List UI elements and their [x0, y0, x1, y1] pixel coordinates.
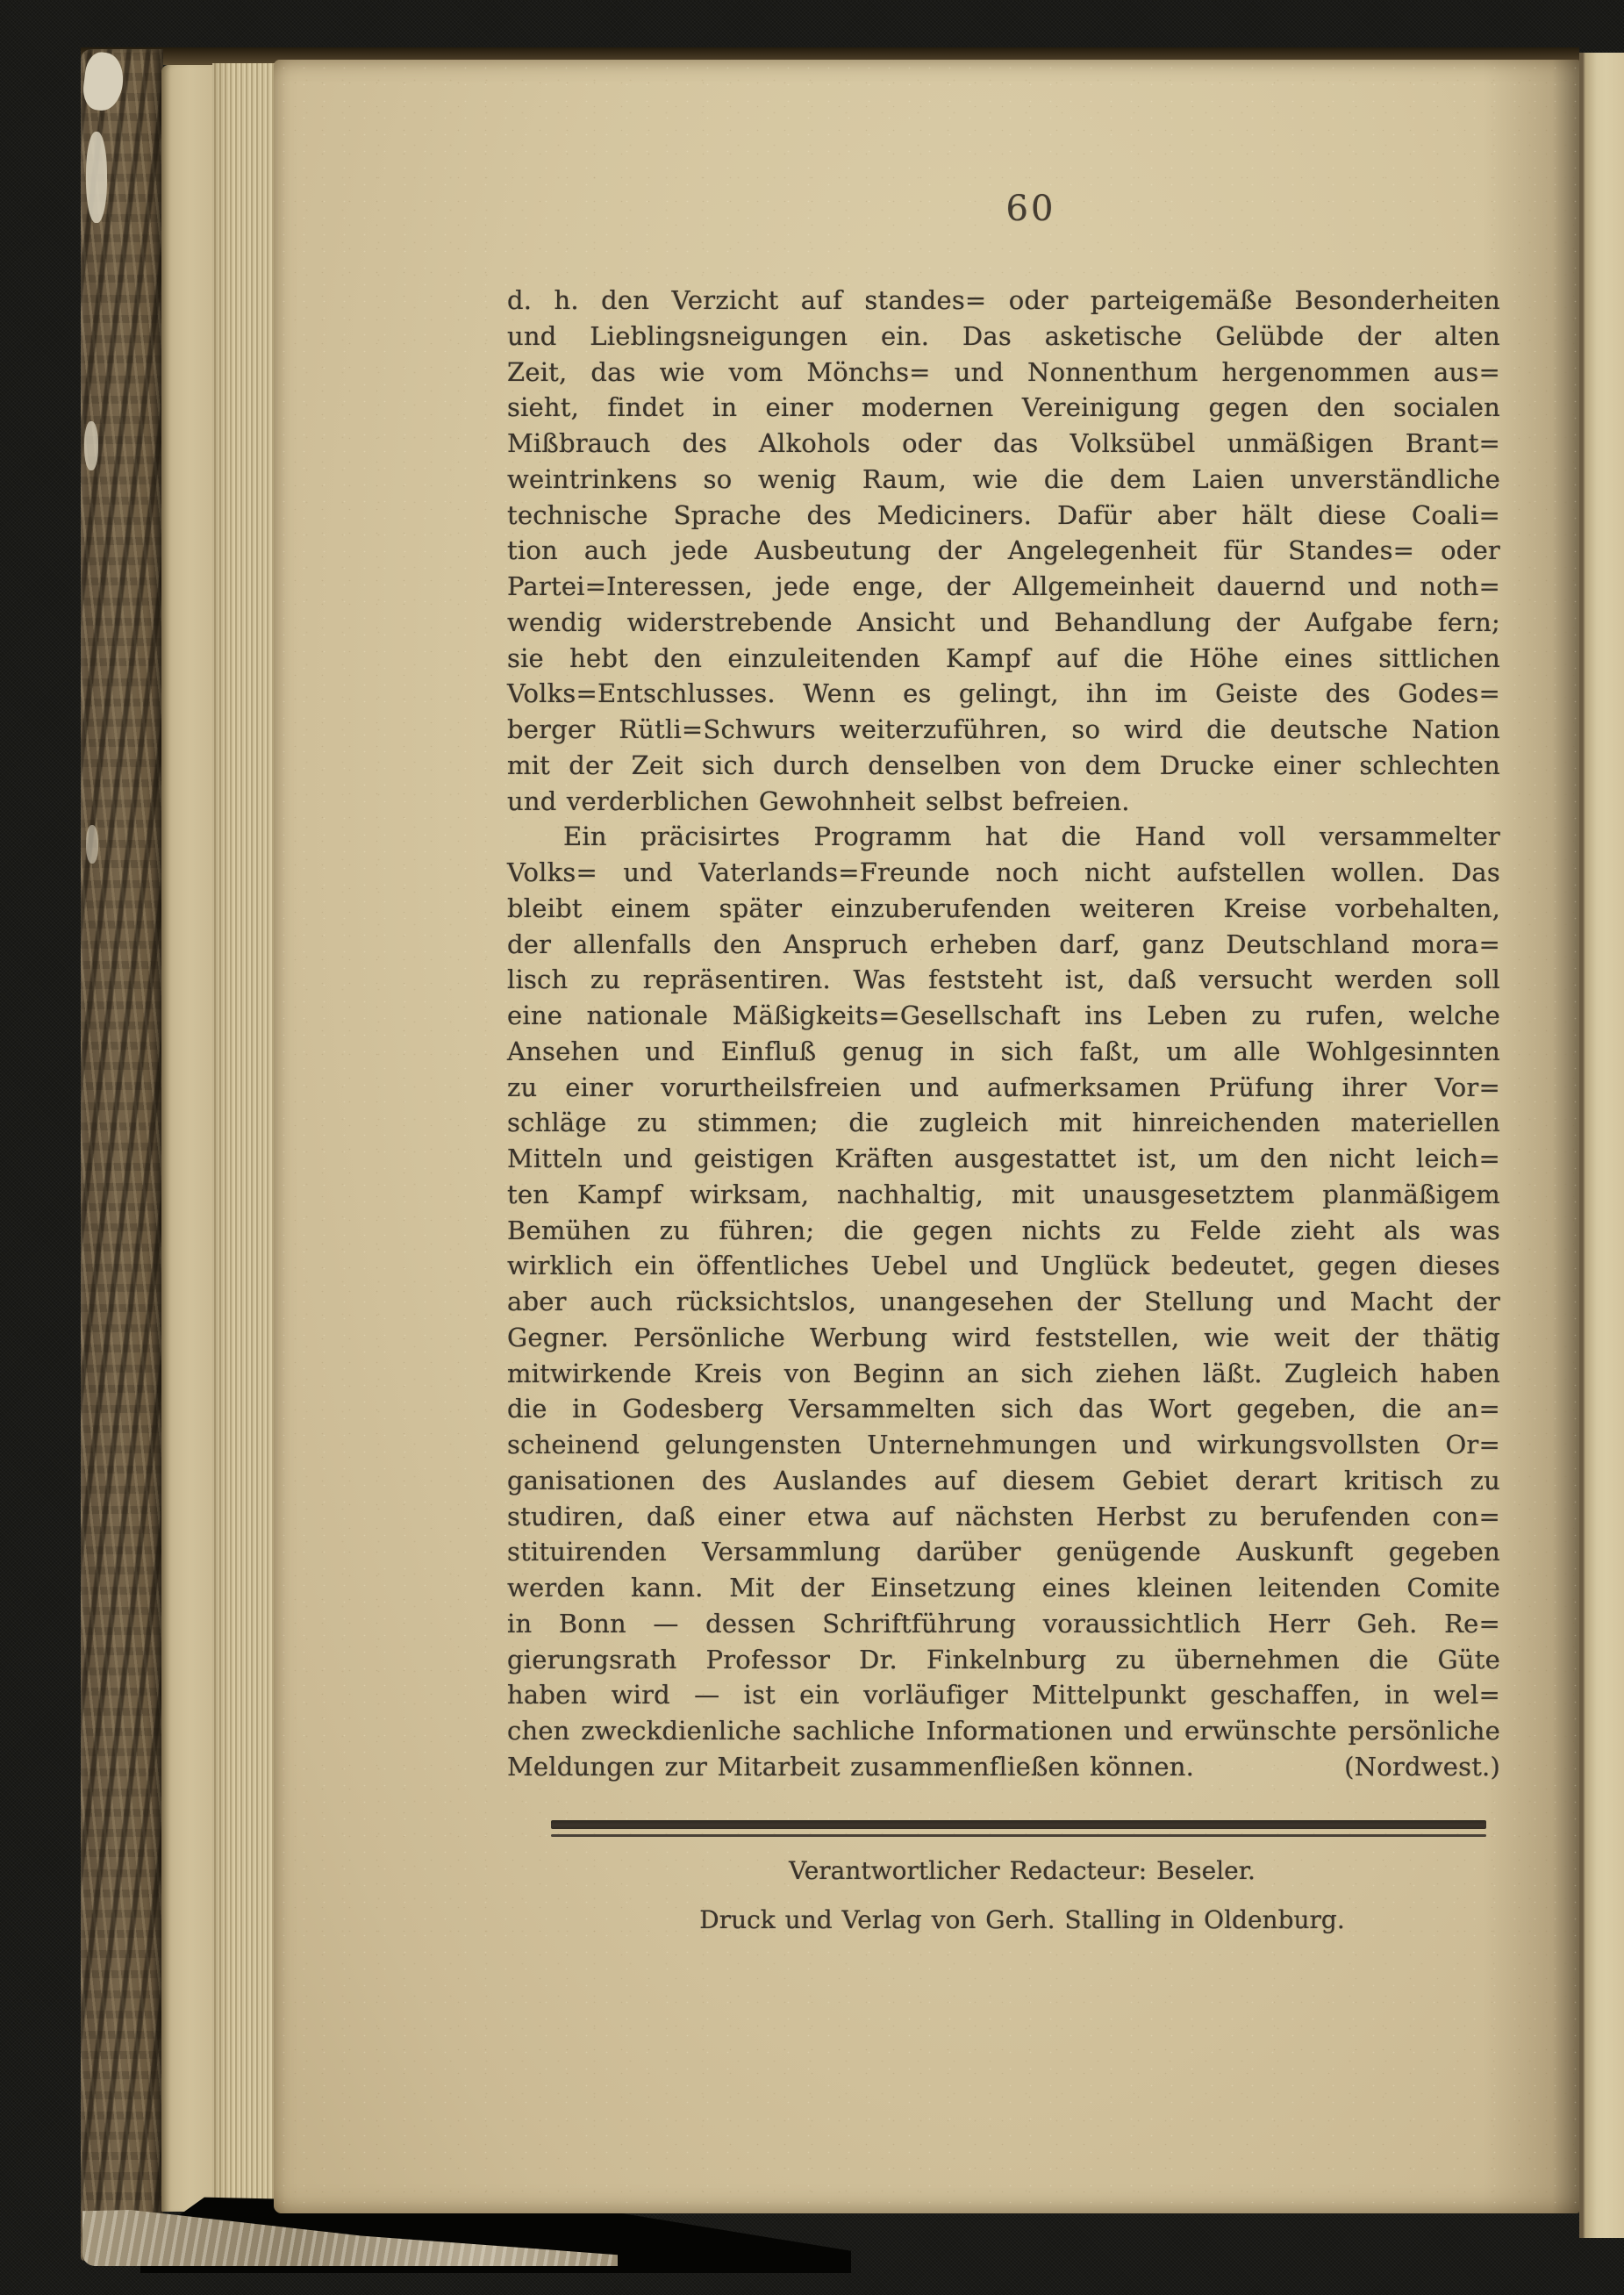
- text-line: weintrinkens so wenig Raum, wie die dem …: [507, 462, 1500, 498]
- text-line: Meldungen zur Mitarbeit zusammenfließen …: [507, 1749, 1500, 1785]
- text-line: eine nationale Mäßigkeits=Gesellschaft i…: [507, 998, 1500, 1034]
- cover-torn-patch: [86, 132, 107, 223]
- text-line: in Bonn — dessen Schriftführung voraussi…: [507, 1606, 1500, 1642]
- text-line: studiren, daß einer etwa auf nächsten He…: [507, 1499, 1500, 1535]
- text-line: Ein präcisirtes Programm hat die Hand vo…: [507, 819, 1500, 855]
- closing-sentence: Meldungen zur Mitarbeit zusammenfließen …: [507, 1749, 1194, 1785]
- footer-rule-thick-bar: [551, 1820, 1486, 1829]
- text-line: wirklich ein öffentliches Uebel und Ungl…: [507, 1248, 1500, 1284]
- text-line: ganisationen des Auslandes auf diesem Ge…: [507, 1463, 1500, 1499]
- text-line: der allenfalls den Anspruch erheben darf…: [507, 927, 1500, 963]
- facing-page-sliver: [1579, 53, 1624, 2238]
- text-line: sieht, findet in einer modernen Vereinig…: [507, 390, 1500, 426]
- cover-torn-patch: [84, 421, 98, 470]
- page-number: 60: [978, 190, 1084, 228]
- paragraph: Ein präcisirtes Programm hat die Hand vo…: [507, 819, 1500, 1784]
- text-line: wendig widerstrebende Ansicht und Behand…: [507, 605, 1500, 641]
- text-line: bleibt einem später einzuberufenden weit…: [507, 891, 1500, 927]
- text-line: werden kann. Mit der Einsetzung eines kl…: [507, 1570, 1500, 1606]
- text-line: technische Sprache des Mediciners. Dafür…: [507, 498, 1500, 534]
- text-line: tion auch jede Ausbeutung der Angelegenh…: [507, 533, 1500, 569]
- text-line: aber auch rücksichtslos, unangesehen der…: [507, 1284, 1500, 1320]
- imprint-publisher-line: Druck und Verlag von Gerh. Stalling in O…: [507, 1904, 1537, 1936]
- text-line: und verderblichen Gewohnheit selbst befr…: [507, 784, 1500, 820]
- footer-rule-thin-line: [551, 1834, 1486, 1837]
- text-line: berger Rütli=Schwurs weiterzuführen, so …: [507, 712, 1500, 748]
- book-scan-photo: 60 d. h. den Verzicht auf standes= oder …: [0, 0, 1624, 2295]
- text-line: Partei=Interessen, jede enge, der Allgem…: [507, 569, 1500, 605]
- text-line: Volks= und Vaterlands=Freunde noch nicht…: [507, 855, 1500, 891]
- source-attribution: (Nordwest.): [1344, 1749, 1500, 1785]
- text-line: und Lieblingsneigungen ein. Das asketisc…: [507, 319, 1500, 355]
- text-line: Ansehen und Einfluß genug in sich faßt, …: [507, 1034, 1500, 1070]
- text-line: lisch zu repräsentiren. Was feststeht is…: [507, 962, 1500, 998]
- underlying-page-edge: [161, 65, 212, 2212]
- text-line: gierungsrath Professor Dr. Finkelnburg z…: [507, 1642, 1500, 1678]
- cover-torn-patch: [86, 825, 98, 864]
- text-line: schläge zu stimmen; die zugleich mit hin…: [507, 1105, 1500, 1141]
- text-line: Mißbrauch des Alkohols oder das Volksübe…: [507, 426, 1500, 462]
- text-line: Volks=Entschlusses. Wenn es gelingt, ihn…: [507, 676, 1500, 712]
- text-line: Gegner. Persönliche Werbung wird festste…: [507, 1320, 1500, 1356]
- text-line: die in Godesberg Versammelten sich das W…: [507, 1391, 1500, 1427]
- imprint-editor-line: Verantwortlicher Redacteur: Beseler.: [507, 1855, 1537, 1887]
- text-line: mitwirkende Kreis von Beginn an sich zie…: [507, 1356, 1500, 1392]
- text-line: zu einer vorurtheilsfreien und aufmerksa…: [507, 1070, 1500, 1106]
- text-line: sie hebt den einzuleitenden Kampf auf di…: [507, 641, 1500, 677]
- text-line: chen zweckdienliche sachliche Informatio…: [507, 1713, 1500, 1749]
- footer-rule: [551, 1820, 1486, 1837]
- text-line: Bemühen zu führen; die gegen nichts zu F…: [507, 1213, 1500, 1249]
- text-line: scheinend gelungensten Unternehmungen un…: [507, 1427, 1500, 1463]
- text-line: haben wird — ist ein vorläufiger Mittelp…: [507, 1677, 1500, 1713]
- book-cover-spine-marbled: [81, 49, 163, 2261]
- text-line: ten Kampf wirksam, nachhaltig, mit unaus…: [507, 1177, 1500, 1213]
- text-line: d. h. den Verzicht auf standes= oder par…: [507, 283, 1500, 319]
- page-edge-stack: [212, 63, 275, 2212]
- paragraph: d. h. den Verzicht auf standes= oder par…: [507, 283, 1500, 819]
- body-text: d. h. den Verzicht auf standes= oder par…: [507, 283, 1500, 1785]
- text-line: mit der Zeit sich durch denselben von de…: [507, 748, 1500, 784]
- text-line: Zeit, das wie vom Mönchs= und Nonnenthum…: [507, 355, 1500, 391]
- text-line: Mitteln und geistigen Kräften ausgestatt…: [507, 1141, 1500, 1177]
- text-line: stituirenden Versammlung darüber genügen…: [507, 1534, 1500, 1570]
